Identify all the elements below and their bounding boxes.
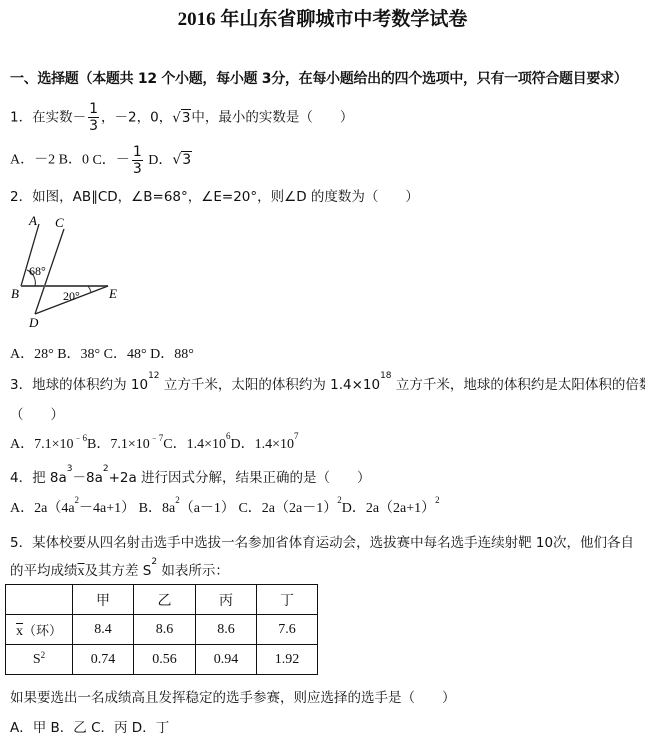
question-number: 1． <box>10 110 32 126</box>
option-text: B．7.1×10 <box>87 437 150 452</box>
parallel-lines-diagram-icon: A C 68° B 20° E D <box>5 212 125 330</box>
radical-sign: √ <box>172 152 181 168</box>
option-a[interactable]: A．7.1×10﹣6 <box>10 437 87 452</box>
table-cell: 0.94 <box>196 645 257 675</box>
option-b[interactable]: B．7.1×10﹣7 <box>87 437 163 452</box>
exponent: 2 <box>337 495 342 505</box>
stem-text: ，－2，0， <box>101 110 172 126</box>
option-b[interactable]: B．0 <box>59 153 89 168</box>
exponent: 2 <box>435 495 440 505</box>
stem-text: 立方千米，太阳的体积约为 1.4×10 <box>160 377 381 393</box>
option-a[interactable]: A．2a（4a2－4a+1） <box>10 501 135 516</box>
exponent: 2 <box>41 650 46 660</box>
table-header-cell: 丙 <box>196 585 257 615</box>
option-text: D．1.4×10 <box>231 437 295 452</box>
question-2-stem: 2．如图，AB∥CD，∠B=68°，∠E=20°，则∠D 的度数为（ ） <box>10 185 419 205</box>
page-title: 2016 年山东省聊城市中考数学试卷 <box>0 4 645 31</box>
angle-b-label: 68° <box>29 264 46 278</box>
exponent: ﹣6 <box>74 433 88 443</box>
table-cell: 8.6 <box>134 615 196 645</box>
exponent: 3 <box>67 464 73 474</box>
table-header-cell <box>6 585 73 615</box>
option-d[interactable]: D．1.4×107 <box>231 437 299 452</box>
stem-text: 如表所示： <box>157 563 229 579</box>
numerator: 1 <box>132 145 143 161</box>
stem-text: 中，最小的实数是（ ） <box>191 110 353 126</box>
question-3-answer-blank: （ ） <box>10 403 64 423</box>
fraction: 13 <box>132 145 143 176</box>
table-cell: 7.6 <box>257 615 318 645</box>
sqrt-icon: √3 <box>172 110 191 126</box>
exponent: 2 <box>151 557 157 567</box>
table-cell: 8.4 <box>73 615 134 645</box>
exponent: 7 <box>294 431 299 441</box>
numerator: 1 <box>88 102 99 118</box>
option-text: C．2a（2a－1） <box>238 501 337 516</box>
option-c[interactable]: C．－13 <box>92 153 144 168</box>
option-d[interactable]: D．√3 <box>148 153 192 168</box>
stem-text: 如图，AB∥CD，∠B=68°，∠E=20°，则∠D 的度数为（ ） <box>32 189 419 205</box>
radicand: 3 <box>181 151 192 168</box>
table-header-row: 甲 乙 丙 丁 <box>6 585 318 615</box>
question-4-options: A．2a（4a2－4a+1） B．8a2（a－1） C．2a（2a－1）2D．2… <box>10 497 440 517</box>
variance-symbol: S <box>33 652 41 667</box>
question-1-options: A．－2 B．0 C．－13 D．√3 <box>10 145 192 176</box>
mean-symbol: x <box>16 624 23 639</box>
option-text: C．1.4×10 <box>163 437 226 452</box>
option-d-label: D． <box>148 153 172 168</box>
question-3-options: A．7.1×10﹣6B．7.1×10﹣7C．1.4×106D．1.4×107 <box>10 433 299 453</box>
question-1-stem: 1．在实数－13，－2，0，√3中，最小的实数是（ ） <box>10 102 353 133</box>
unit-label: （环） <box>23 624 62 639</box>
exponent: ﹣7 <box>150 433 164 443</box>
denominator: 3 <box>132 161 143 176</box>
label-c: C <box>55 215 64 230</box>
option-text: B．8a <box>139 501 176 516</box>
mean-symbol: x <box>78 564 85 579</box>
question-2-options[interactable]: A．28° B．38° C．48° D．88° <box>10 343 194 363</box>
exponent: 2 <box>75 495 80 505</box>
option-c[interactable]: C．2a（2a－1）2 <box>238 501 341 516</box>
stem-text: 把 8a <box>32 470 67 486</box>
exponent: 6 <box>226 431 231 441</box>
question-number: 5． <box>10 535 32 551</box>
exponent: 2 <box>103 464 109 474</box>
score-table: 甲 乙 丙 丁 x（环） 8.4 8.6 8.6 7.6 S2 0.74 0.5… <box>5 584 318 675</box>
option-text: A．2a（4a <box>10 501 75 516</box>
stem-text: 地球的体积约为 10 <box>32 377 148 393</box>
row-label-variance: S2 <box>6 645 73 675</box>
option-b[interactable]: B．8a2（a－1） <box>139 501 235 516</box>
question-4-stem: 4．把 8a3－8a2+2a 进行因式分解，结果正确的是（ ） <box>10 466 371 486</box>
label-a: A <box>28 213 37 228</box>
question-number: 2． <box>10 189 32 205</box>
table-header-cell: 甲 <box>73 585 134 615</box>
stem-text: 及其方差 S <box>85 563 152 579</box>
question-5-question: 如果要选出一名成绩高且发挥稳定的选手参赛，则应选择的选手是（ ） <box>10 686 456 706</box>
label-d: D <box>28 315 39 330</box>
stem-text: 立方千米，地球的体积约是太阳体积的倍数是 <box>392 377 645 393</box>
radical-sign: √ <box>172 110 181 126</box>
row-label-mean: x（环） <box>6 615 73 645</box>
exponent: 12 <box>148 371 159 381</box>
stem-text: 某体校要从四名射击选手中选拔一名参加省体育运动会，选拔赛中每名选手连续射靶 10… <box>32 535 634 551</box>
label-e: E <box>108 286 117 301</box>
section-heading: 一、选择题（本题共 12 个小题，每小题 3分，在每小题给出的四个选项中，只有一… <box>10 68 627 88</box>
question-number: 4． <box>10 470 32 486</box>
sqrt-icon: √3 <box>172 152 192 168</box>
table-cell: 1.92 <box>257 645 318 675</box>
question-3-stem: 3．地球的体积约为 1012 立方千米，太阳的体积约为 1.4×1018 立方千… <box>10 373 645 393</box>
table-header-cell: 乙 <box>134 585 196 615</box>
stem-text: －8a <box>72 470 102 486</box>
table-row: x（环） 8.4 8.6 8.6 7.6 <box>6 615 318 645</box>
radicand: 3 <box>181 109 192 126</box>
exponent: 2 <box>175 495 180 505</box>
option-text: （a－1） <box>180 501 235 516</box>
minus-sign: － <box>73 110 87 126</box>
table-header-cell: 丁 <box>257 585 318 615</box>
option-c-label: C．－ <box>92 153 129 168</box>
table-cell: 8.6 <box>196 615 257 645</box>
option-text: －4a+1） <box>79 501 135 516</box>
table-cell: 0.56 <box>134 645 196 675</box>
stem-text: 的平均成绩 <box>10 563 78 579</box>
angle-e-label: 20° <box>63 289 80 303</box>
label-b: B <box>11 286 19 301</box>
question-5-stem-line2: 的平均成绩x及其方差 S2 如表所示： <box>10 559 229 580</box>
option-text: A．7.1×10 <box>10 437 74 452</box>
stem-text: +2a 进行因式分解，结果正确的是（ ） <box>109 470 371 486</box>
denominator: 3 <box>88 118 99 133</box>
option-text: D．2a（2a+1） <box>342 501 435 516</box>
geometry-figure: A C 68° B 20° E D <box>5 212 125 330</box>
table-cell: 0.74 <box>73 645 134 675</box>
option-a[interactable]: A．－2 <box>10 153 55 168</box>
option-c[interactable]: C．1.4×106 <box>163 437 230 452</box>
question-5-options[interactable]: A．甲 B．乙 C．丙 D．丁 <box>10 716 169 736</box>
exponent: 18 <box>380 371 391 381</box>
fraction: 13 <box>88 102 99 133</box>
question-5-stem: 5．某体校要从四名射击选手中选拔一名参加省体育运动会，选拔赛中每名选手连续射靶 … <box>10 531 634 551</box>
question-number: 3． <box>10 377 32 393</box>
stem-text: 在实数 <box>32 110 73 126</box>
table-row: S2 0.74 0.56 0.94 1.92 <box>6 645 318 675</box>
option-d[interactable]: D．2a（2a+1）2 <box>342 501 440 516</box>
